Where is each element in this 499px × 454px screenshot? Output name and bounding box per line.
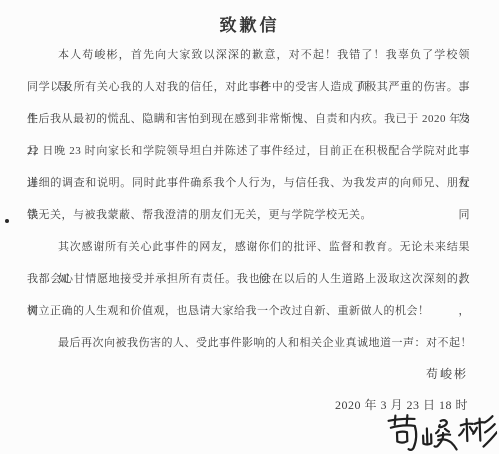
text-line: 我都会心甘情愿地接受并承担所有责任。我也会在以后的人生道路上汲取这次深刻的教训， bbox=[27, 263, 470, 295]
typed-signature-name: 苟峻彬 bbox=[27, 359, 470, 389]
text-line: 树立正确的人生观和价值观，也恳请大家给我一个改过自新、重新做人的机会！ bbox=[27, 295, 470, 327]
apology-letter-document: 致歉信 本人苟峻彬，首先向大家致以深深的歉意，对不起！我错了！我辜负了学校领导、… bbox=[0, 0, 499, 454]
text-line: 最后再次向被我伤害的人、受此事件影响的人和相关企业真诚地道一声：对不起！ bbox=[27, 327, 470, 359]
text-line: 生后我从最初的慌乱、隐瞒和害怕到现在感到非常惭愧、自责和内疚。我已于 2020 … bbox=[27, 103, 470, 135]
letter-body: 本人苟峻彬，首先向大家致以深深的歉意，对不起！我错了！我辜负了学校领导、老师、 … bbox=[27, 39, 470, 421]
stray-dot-artifact bbox=[5, 219, 9, 223]
handwritten-signature bbox=[384, 410, 497, 454]
text-line: 同学以及所有关心我的人对我的信任，对此事件中的受害人造成了极其严重的伤害。事件发 bbox=[27, 71, 470, 103]
text-line: 其次感谢所有关心此事件的网友，感谢你们的批评、监督和教育。无论未来结果如何， bbox=[27, 231, 470, 263]
text-line: 详细的调查和说明。同时此事件确系我个人行为，与信任我、为我发声的向师兄、朋友钱同 bbox=[27, 167, 470, 199]
text-line: 本人苟峻彬，首先向大家致以深深的歉意，对不起！我错了！我辜负了学校领导、老师、 bbox=[27, 39, 470, 71]
text-line: 22 日晚 23 时向家长和学院领导坦白并陈述了事件经过，目前正在积极配合学院对… bbox=[27, 135, 470, 167]
page-title: 致歉信 bbox=[0, 11, 499, 36]
